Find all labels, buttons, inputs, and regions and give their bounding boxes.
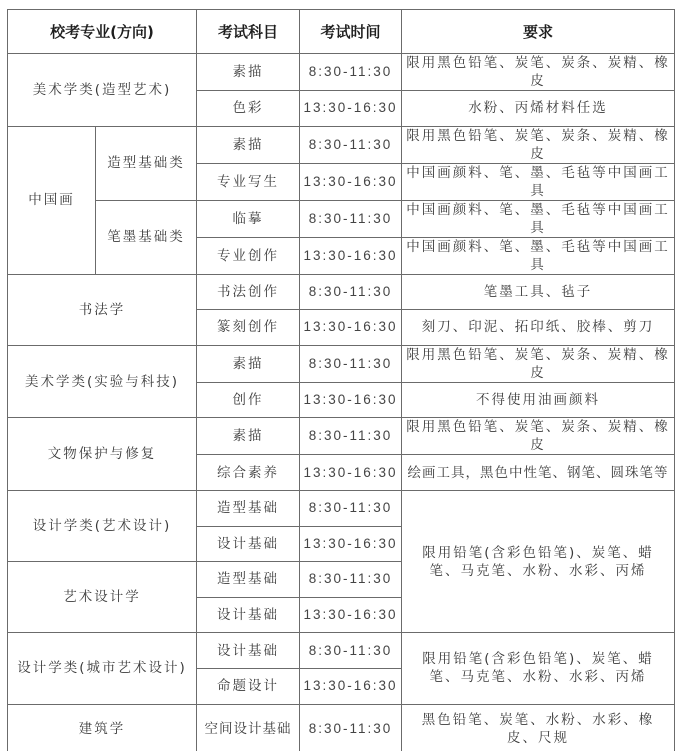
major-cell: 美术学类(造型艺术) <box>8 54 197 127</box>
subject-cell: 设计基础 <box>197 526 300 562</box>
time-cell: 8:30-11:30 <box>300 562 402 598</box>
major-cell: 美术学类(实验与科技) <box>8 345 197 418</box>
requirement-cell: 水粉、丙烯材料任选 <box>402 91 675 127</box>
header-requirement: 要求 <box>402 10 675 54</box>
subject-cell: 专业写生 <box>197 163 300 200</box>
subject-cell: 命题设计 <box>197 668 300 704</box>
subject-cell: 造型基础 <box>197 562 300 598</box>
time-cell: 8:30-11:30 <box>300 345 402 382</box>
major-cell: 建筑学 <box>8 704 197 751</box>
exam-schedule-table: 校考专业(方向) 考试科目 考试时间 要求 美术学类(造型艺术) 素描 8:30… <box>7 9 675 751</box>
subject-cell: 素描 <box>197 54 300 91</box>
time-cell: 8:30-11:30 <box>300 704 402 751</box>
time-cell: 8:30-11:30 <box>300 633 402 669</box>
major-cell: 中国画 <box>8 126 96 274</box>
time-cell: 13:30-16:30 <box>300 455 402 491</box>
subject-cell: 空间设计基础 <box>197 704 300 751</box>
header-subject: 考试科目 <box>197 10 300 54</box>
shared-requirement-cell: 限用铅笔(含彩色铅笔)、炭笔、蜡笔、马克笔、水粉、水彩、丙烯 <box>402 633 675 704</box>
time-cell: 13:30-16:30 <box>300 382 402 418</box>
subject-cell: 色彩 <box>197 91 300 127</box>
shared-requirement-cell: 限用铅笔(含彩色铅笔)、炭笔、蜡笔、马克笔、水粉、水彩、丙烯 <box>402 490 675 632</box>
subject-cell: 临摹 <box>197 200 300 237</box>
subject-cell: 综合素养 <box>197 455 300 491</box>
major-cell: 设计学类(艺术设计) <box>8 490 197 561</box>
submajor-cell: 笔墨基础类 <box>96 200 197 274</box>
header-major: 校考专业(方向) <box>8 10 197 54</box>
requirement-cell: 黑色铅笔、炭笔、水粉、水彩、橡皮、尺规 <box>402 704 675 751</box>
table-row: 美术学类(造型艺术) 素描 8:30-11:30 限用黑色铅笔、炭笔、炭条、炭精… <box>8 54 675 91</box>
subject-cell: 书法创作 <box>197 274 300 310</box>
requirement-cell: 限用黑色铅笔、炭笔、炭条、炭精、橡皮 <box>402 345 675 382</box>
requirement-cell: 不得使用油画颜料 <box>402 382 675 418</box>
time-cell: 8:30-11:30 <box>300 418 402 455</box>
time-cell: 8:30-11:30 <box>300 54 402 91</box>
time-cell: 13:30-16:30 <box>300 310 402 346</box>
table-row: 中国画 造型基础类 素描 8:30-11:30 限用黑色铅笔、炭笔、炭条、炭精、… <box>8 126 675 163</box>
time-cell: 13:30-16:30 <box>300 668 402 704</box>
major-cell: 艺术设计学 <box>8 562 197 633</box>
requirement-cell: 刻刀、印泥、拓印纸、胶棒、剪刀 <box>402 310 675 346</box>
table-row: 文物保护与修复 素描 8:30-11:30 限用黑色铅笔、炭笔、炭条、炭精、橡皮 <box>8 418 675 455</box>
time-cell: 8:30-11:30 <box>300 200 402 237</box>
time-cell: 13:30-16:30 <box>300 91 402 127</box>
subject-cell: 篆刻创作 <box>197 310 300 346</box>
table-row: 设计学类(城市艺术设计) 设计基础 8:30-11:30 限用铅笔(含彩色铅笔)… <box>8 633 675 669</box>
time-cell: 13:30-16:30 <box>300 597 402 633</box>
major-cell: 设计学类(城市艺术设计) <box>8 633 197 704</box>
major-cell: 文物保护与修复 <box>8 418 197 491</box>
requirement-cell: 中国画颜料、笔、墨、毛毡等中国画工具 <box>402 237 675 274</box>
subject-cell: 设计基础 <box>197 633 300 669</box>
submajor-cell: 造型基础类 <box>96 126 197 200</box>
requirement-cell: 限用黑色铅笔、炭笔、炭条、炭精、橡皮 <box>402 418 675 455</box>
table-row: 建筑学 空间设计基础 8:30-11:30 黑色铅笔、炭笔、水粉、水彩、橡皮、尺… <box>8 704 675 751</box>
requirement-cell: 限用黑色铅笔、炭笔、炭条、炭精、橡皮 <box>402 126 675 163</box>
table-row: 美术学类(实验与科技) 素描 8:30-11:30 限用黑色铅笔、炭笔、炭条、炭… <box>8 345 675 382</box>
subject-cell: 设计基础 <box>197 597 300 633</box>
time-cell: 8:30-11:30 <box>300 274 402 310</box>
requirement-cell: 中国画颜料、笔、墨、毛毡等中国画工具 <box>402 163 675 200</box>
subject-cell: 素描 <box>197 418 300 455</box>
major-cell: 书法学 <box>8 274 197 345</box>
subject-cell: 素描 <box>197 126 300 163</box>
header-row: 校考专业(方向) 考试科目 考试时间 要求 <box>8 10 675 54</box>
time-cell: 13:30-16:30 <box>300 237 402 274</box>
table-row: 书法学 书法创作 8:30-11:30 笔墨工具、毡子 <box>8 274 675 310</box>
requirement-cell: 绘画工具，黑色中性笔、钢笔、圆珠笔等 <box>402 455 675 491</box>
subject-cell: 创作 <box>197 382 300 418</box>
time-cell: 8:30-11:30 <box>300 126 402 163</box>
requirement-cell: 中国画颜料、笔、墨、毛毡等中国画工具 <box>402 200 675 237</box>
subject-cell: 素描 <box>197 345 300 382</box>
time-cell: 13:30-16:30 <box>300 526 402 562</box>
table-row: 笔墨基础类 临摹 8:30-11:30 中国画颜料、笔、墨、毛毡等中国画工具 <box>8 200 675 237</box>
subject-cell: 造型基础 <box>197 490 300 526</box>
time-cell: 13:30-16:30 <box>300 163 402 200</box>
header-time: 考试时间 <box>300 10 402 54</box>
requirement-cell: 笔墨工具、毡子 <box>402 274 675 310</box>
table-row: 设计学类(艺术设计) 造型基础 8:30-11:30 限用铅笔(含彩色铅笔)、炭… <box>8 490 675 526</box>
time-cell: 8:30-11:30 <box>300 490 402 526</box>
requirement-cell: 限用黑色铅笔、炭笔、炭条、炭精、橡皮 <box>402 54 675 91</box>
subject-cell: 专业创作 <box>197 237 300 274</box>
